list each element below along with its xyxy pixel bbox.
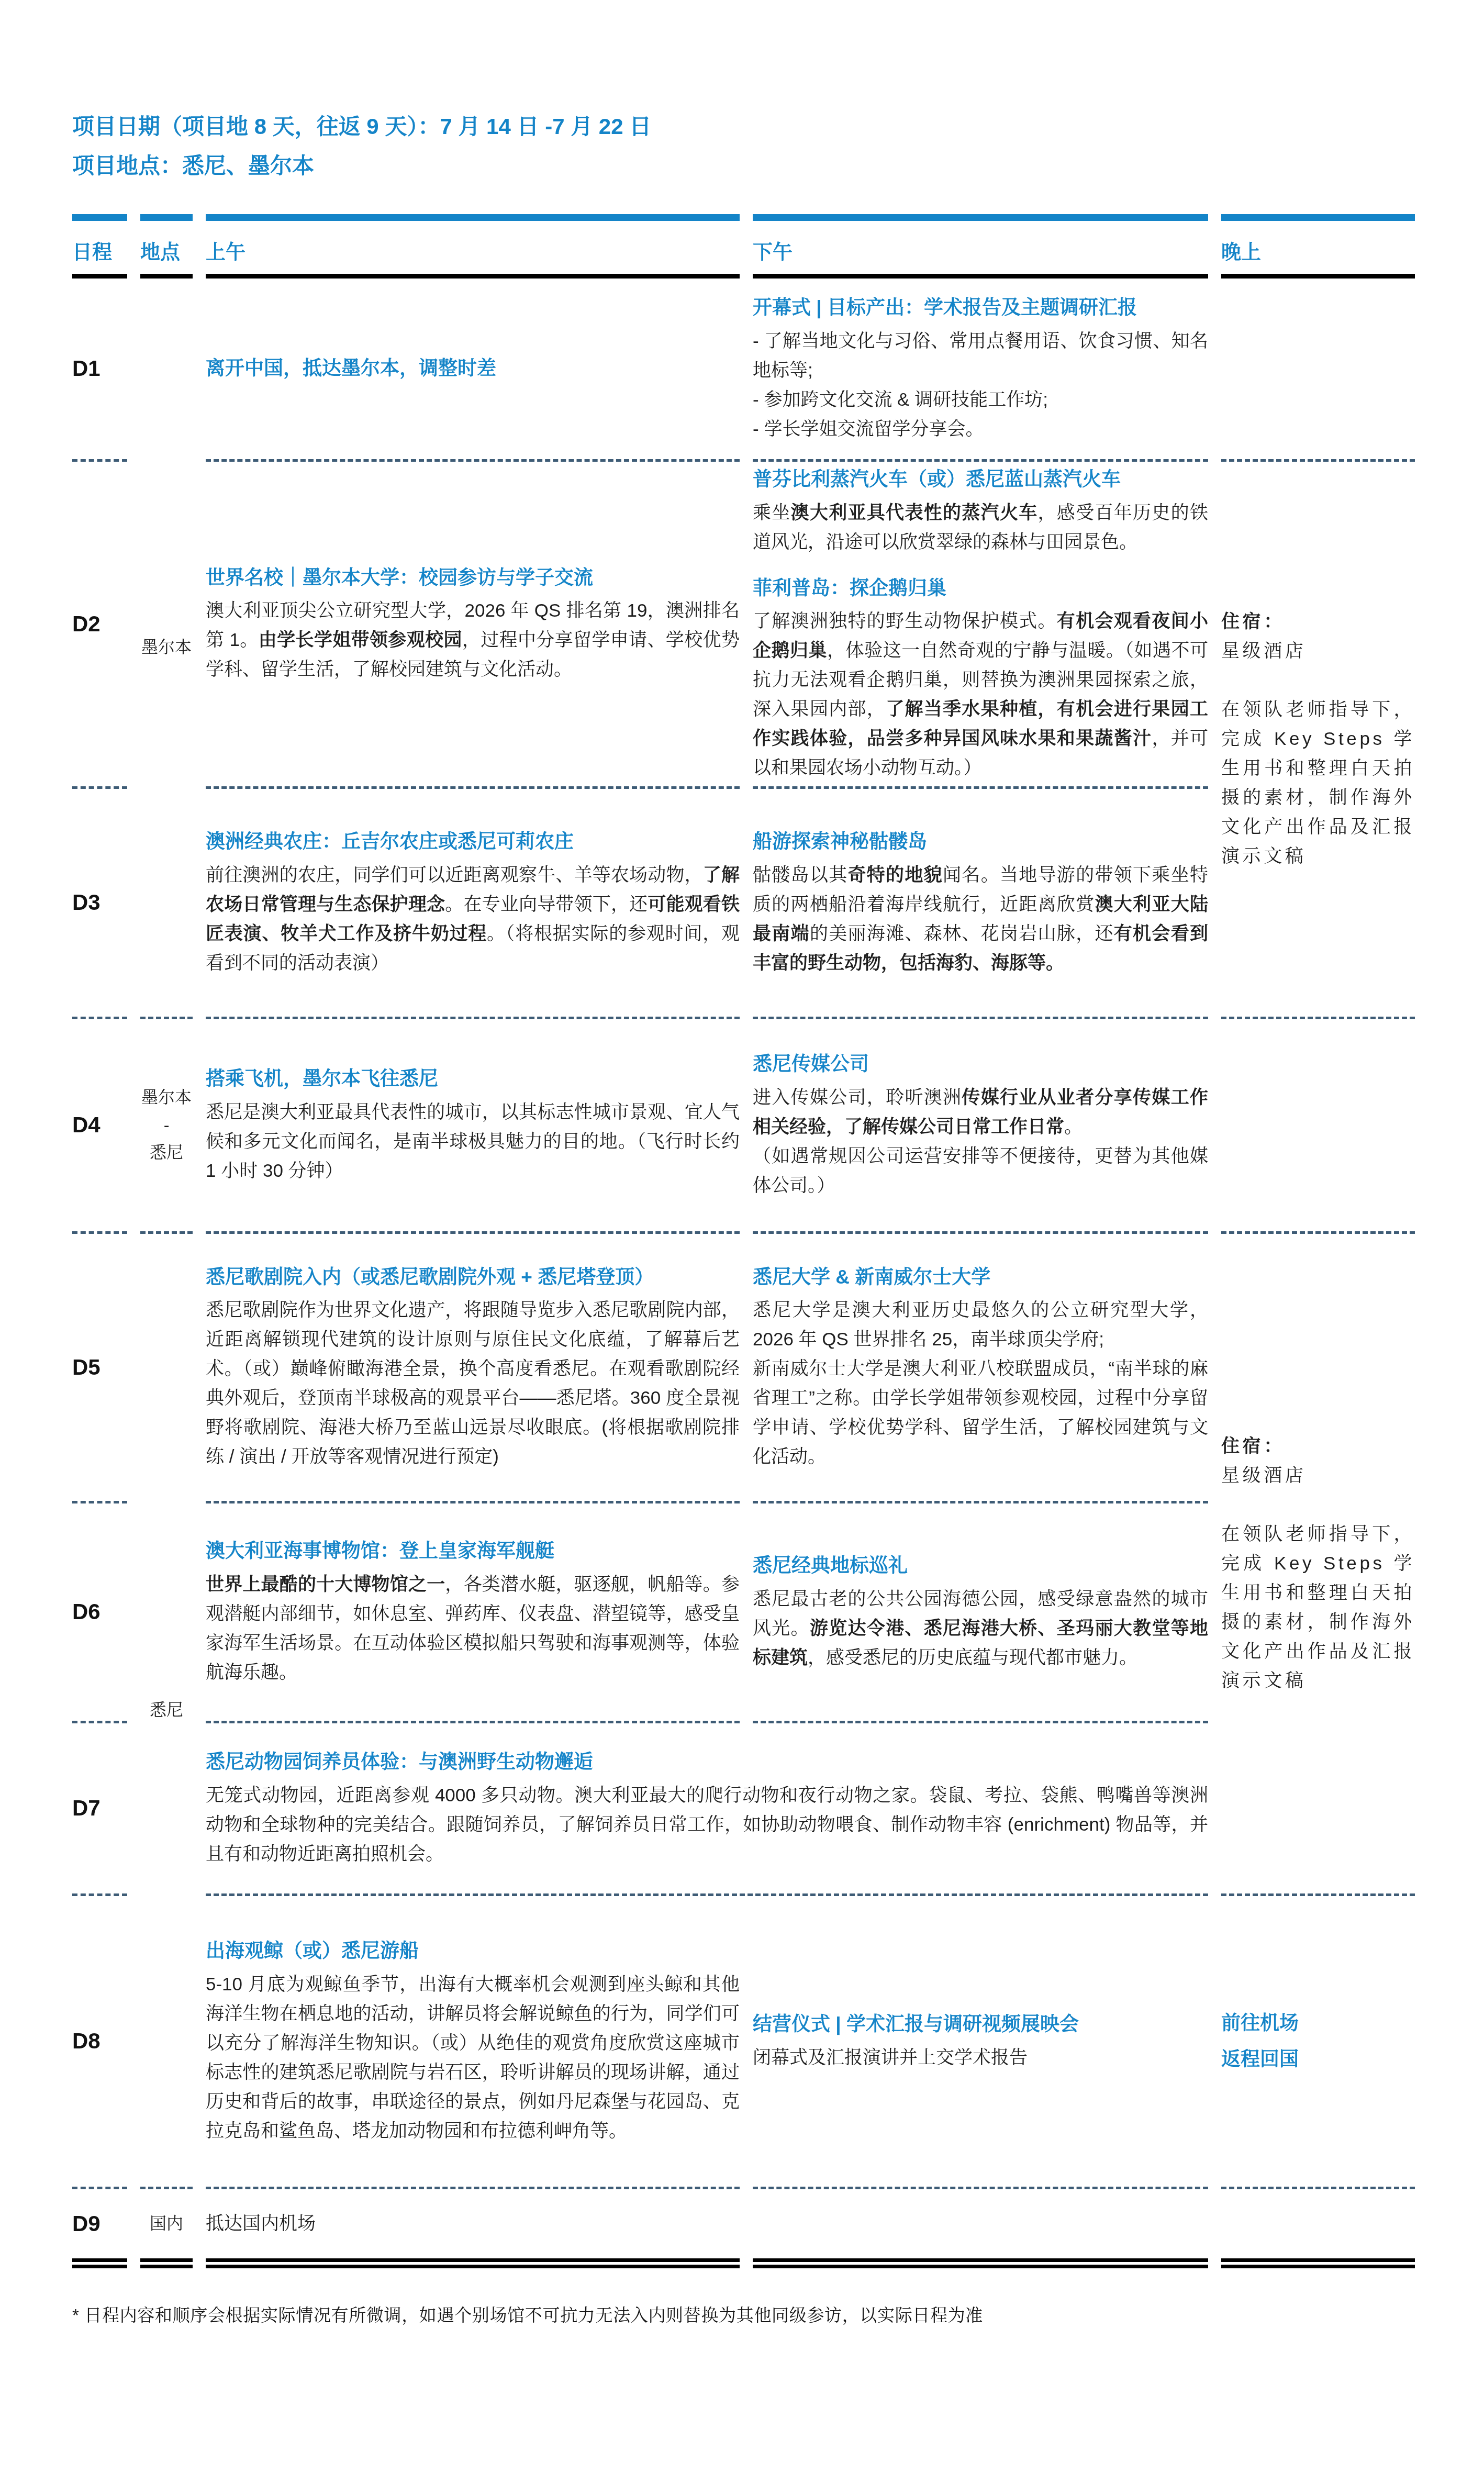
location-line: 墨尔本: [141, 1084, 192, 1111]
activity-text: 进入传媒公司，聆听澳洲传媒行业从业者分享传媒工作相关经验，了解传媒公司日常工作日…: [753, 1083, 1208, 1142]
location-domestic: 国内: [140, 2189, 193, 2258]
activity-text: 住宿：: [1221, 1432, 1415, 1461]
location-melbourne-sydney: 墨尔本 - 悉尼: [140, 1019, 193, 1234]
top-bar-segment: [753, 214, 1208, 221]
d2-afternoon: 普芬比利蒸汽火车（或）悉尼蓝山蒸汽火车乘坐澳大利亚具代表性的蒸汽火车，感受百年历…: [753, 462, 1208, 789]
activity-text: 乘坐澳大利亚具代表性的蒸汽火车，感受百年历史的铁道风光，沿途可以欣赏翠绿的森林与…: [753, 498, 1208, 557]
d5-morning: 悉尼歌剧院入内（或悉尼歌剧院外观 + 悉尼塔登顶）悉尼歌剧院作为世界文化遗产，将…: [206, 1234, 740, 1503]
day-label-d5: D5: [72, 1234, 127, 1503]
d4-morning: 搭乘飞机，墨尔本飞往悉尼悉尼是澳大利亚最具代表性的城市，以其标志性城市景观、宜人…: [206, 1019, 740, 1234]
table-bottom-rule: [72, 2258, 1415, 2268]
doc-header: 项目日期（项目地 8 天，往返 9 天）：7 月 14 日 -7 月 22 日 …: [72, 0, 1415, 186]
bottom-rule-segment: [72, 2258, 127, 2268]
day-label-d1: D1: [72, 279, 127, 462]
d3-afternoon: 船游探索神秘骷髅岛骷髅岛以其奇特的地貌闻名。当地导游的带领下乘坐特质的两栖船沿着…: [753, 789, 1208, 1019]
activity-text: 无笼式动物园，近距离参观 4000 多只动物。澳大利亚最大的爬行动物和夜行动物之…: [206, 1781, 1208, 1869]
column-header-morning: 上午: [206, 221, 740, 279]
column-header-evening: 晚上: [1221, 221, 1415, 279]
d6-afternoon: 悉尼经典地标巡礼悉尼最古老的公共公园海德公园，感受绿意盎然的城市风光。游览达令港…: [753, 1503, 1208, 1723]
bottom-rule-segment: [140, 2258, 193, 2268]
location-line: 悉尼: [150, 1139, 183, 1166]
d9-morning: 抵达国内机场: [206, 2189, 740, 2258]
activity-title: 世界名校｜墨尔本大学：校园参访与学子交流: [206, 563, 740, 593]
activity-title: 搭乘飞机，墨尔本飞往悉尼: [206, 1064, 740, 1094]
day-label-d7: D7: [72, 1723, 127, 1896]
column-header-afternoon: 下午: [753, 221, 1208, 279]
top-bar-segment: [72, 214, 127, 221]
activity-text: 在领队老师指导下，完成 Key Steps 学生用书和整理白天拍摄的素材，制作海…: [1221, 695, 1415, 871]
activity-title: 结营仪式 | 学术汇报与调研视频展映会: [753, 2010, 1208, 2039]
activity-title: 普芬比利蒸汽火车（或）悉尼蓝山蒸汽火车: [753, 465, 1208, 494]
bottom-rule-segment: [1221, 2258, 1415, 2268]
activity-title: 离开中国，抵达墨尔本，调整时差: [206, 354, 740, 383]
page-content: 项目日期（项目地 8 天，往返 9 天）：7 月 14 日 -7 月 22 日 …: [72, 0, 1415, 2326]
project-dates: 项目日期（项目地 8 天，往返 9 天）：7 月 14 日 -7 月 22 日: [72, 107, 1415, 147]
activity-text: 星级酒店: [1221, 637, 1415, 666]
itinerary-page: 项目日期（项目地 8 天，往返 9 天）：7 月 14 日 -7 月 22 日 …: [0, 0, 1484, 2473]
d8-morning: 出海观鲸（或）悉尼游船5-10 月底为观鲸鱼季节，出海有大概率机会观测到座头鲸和…: [206, 1896, 740, 2189]
activity-title: 前往机场: [1221, 2009, 1415, 2038]
activity-text: （如遇常规因公司运营安排等不便接待，更替为其他媒体公司。）: [753, 1142, 1208, 1200]
bottom-rule-segment: [753, 2258, 1208, 2268]
activity-title: 返程回国: [1221, 2045, 1415, 2074]
activity-text: 住宿：: [1221, 607, 1415, 637]
activity-text: 骷髅岛以其奇特的地貌闻名。当地导游的带领下乘坐特质的两栖船沿着海岸线航行，近距离…: [753, 861, 1208, 978]
activity-text: - 参加跨文化交流 & 调研技能工作坊;: [753, 385, 1208, 415]
activity-text: 悉尼最古老的公共公园海德公园，感受绿意盎然的城市风光。游览达令港、悉尼海港大桥、…: [753, 1585, 1208, 1673]
location-line: -: [164, 1111, 170, 1139]
top-bar-segment: [206, 214, 740, 221]
column-header-location: 地点: [140, 221, 193, 279]
activity-text: - 了解当地文化与习俗、常用点餐用语、饮食习惯、知名地标等;: [753, 327, 1208, 385]
activity-title: 菲利普岛：探企鹅归巢: [753, 574, 1208, 603]
footnote: * 日程内容和顺序会根据实际情况有所微调，如遇个别场馆不可抗力无法入内则替换为其…: [72, 2302, 1415, 2326]
activity-text: 在领队老师指导下，完成 Key Steps 学生用书和整理白天拍摄的素材，制作海…: [1221, 1520, 1415, 1696]
activity-title: 开幕式 | 目标产出：学术报告及主题调研汇报: [753, 293, 1208, 322]
table-column-headers: 日程 地点 上午 下午 晚上: [72, 221, 1415, 279]
d2-morning: 世界名校｜墨尔本大学：校园参访与学子交流澳大利亚顶尖公立研究型大学，2026 年…: [206, 462, 740, 789]
activity-title: 澳大利亚海事博物馆：登上皇家海军舰艇: [206, 1536, 740, 1566]
activity-title: 悉尼动物园饲养员体验：与澳洲野生动物邂逅: [206, 1747, 1208, 1777]
day-label-d3: D3: [72, 789, 127, 1019]
activity-title: 澳洲经典农庄：丘吉尔农庄或悉尼可莉农庄: [206, 827, 740, 856]
activity-text: 抵达国内机场: [206, 2209, 740, 2238]
day-label-d6: D6: [72, 1503, 127, 1723]
d6-morning: 澳大利亚海事博物馆：登上皇家海军舰艇世界上最酷的十大博物馆之一，各类潜水艇，驱逐…: [206, 1503, 740, 1723]
activity-title: 悉尼经典地标巡礼: [753, 1551, 1208, 1580]
d4-evening-empty: [1221, 1019, 1415, 1234]
bottom-rule-segment: [206, 2258, 740, 2268]
d8-evening: 前往机场返程回国: [1221, 1896, 1415, 2189]
activity-text: 了解澳洲独特的野生动物保护模式。有机会观看夜间小企鹅归巢，体验这一自然奇观的宁静…: [753, 607, 1208, 783]
table-top-bar: [72, 214, 1415, 221]
activity-text: 世界上最酷的十大博物馆之一，各类潜水艇，驱逐舰，帆船等。参观潜艇内部细节，如休息…: [206, 1570, 740, 1687]
d3-morning: 澳洲经典农庄：丘吉尔农庄或悉尼可莉农庄前往澳洲的农庄，同学们可以近距离观察牛、羊…: [206, 789, 740, 1019]
activity-text: 悉尼歌剧院作为世界文化遗产，将跟随导览步入悉尼歌剧院内部，近距离解锁现代建筑的设…: [206, 1296, 740, 1472]
activity-text: 5-10 月底为观鲸鱼季节，出海有大概率机会观测到座头鲸和其他海洋生物在栖息地的…: [206, 1970, 740, 2146]
activity-title: 悉尼歌剧院入内（或悉尼歌剧院外观 + 悉尼塔登顶）: [206, 1263, 740, 1292]
activity-text: 前往澳洲的农庄，同学们可以近距离观察牛、羊等农场动物，了解农场日常管理与生态保护…: [206, 861, 740, 978]
activity-text: 闭幕式及汇报演讲并上交学术报告: [753, 2043, 1208, 2073]
schedule-table: D1 D2 D3 D4 D5 D6 D7 D8 D9 墨尔本 墨尔本 - 悉尼 …: [72, 279, 1415, 2258]
location-melbourne: 墨尔本: [140, 279, 193, 1019]
activity-text: - 学长学姐交流留学分享会。: [753, 415, 1208, 444]
d8-afternoon: 结营仪式 | 学术汇报与调研视频展映会闭幕式及汇报演讲并上交学术报告: [753, 1896, 1208, 2189]
location-sydney: 悉尼: [140, 1234, 193, 2189]
activity-title: 出海观鲸（或）悉尼游船: [206, 1936, 740, 1966]
d1-morning: 离开中国，抵达墨尔本，调整时差: [206, 279, 740, 462]
d1-afternoon: 开幕式 | 目标产出：学术报告及主题调研汇报- 了解当地文化与习俗、常用点餐用语…: [753, 279, 1208, 462]
activity-title: 船游探索神秘骷髅岛: [753, 827, 1208, 856]
d5-afternoon: 悉尼大学 & 新南威尔士大学悉尼大学是澳大利亚历史最悠久的公立研究型大学，202…: [753, 1234, 1208, 1503]
column-header-day: 日程: [72, 221, 127, 279]
activity-title: 悉尼大学 & 新南威尔士大学: [753, 1263, 1208, 1292]
d1-evening-empty: [1221, 279, 1415, 462]
activity-text: 悉尼是澳大利亚最具代表性的城市，以其标志性城市景观、宜人气候和多元文化而闻名，是…: [206, 1098, 740, 1186]
day-label-d4: D4: [72, 1019, 127, 1234]
day-label-d2: D2: [72, 462, 127, 789]
d5-d7-evening: 住宿：星级酒店在领队老师指导下，完成 Key Steps 学生用书和整理白天拍摄…: [1221, 1234, 1415, 1896]
project-locations: 项目地点：悉尼、墨尔本: [72, 147, 1415, 186]
d4-afternoon: 悉尼传媒公司进入传媒公司，聆听澳洲传媒行业从业者分享传媒工作相关经验，了解传媒公…: [753, 1019, 1208, 1234]
top-bar-segment: [1221, 214, 1415, 221]
activity-title: 悉尼传媒公司: [753, 1050, 1208, 1079]
d7-morning-afternoon: 悉尼动物园饲养员体验：与澳洲野生动物邂逅无笼式动物园，近距离参观 4000 多只…: [206, 1723, 1208, 1896]
day-label-d8: D8: [72, 1896, 127, 2189]
activity-text: 悉尼大学是澳大利亚历史最悠久的公立研究型大学，2026 年 QS 世界排名 25…: [753, 1296, 1208, 1354]
activity-text: 澳大利亚顶尖公立研究型大学，2026 年 QS 排名第 19，澳洲排名第 1。由…: [206, 596, 740, 684]
top-bar-segment: [140, 214, 193, 221]
activity-text: 星级酒店: [1221, 1461, 1415, 1490]
day-label-d9: D9: [72, 2189, 127, 2258]
d2-d3-evening: 住宿：星级酒店在领队老师指导下，完成 Key Steps 学生用书和整理白天拍摄…: [1221, 462, 1415, 1019]
activity-text: 新南威尔士大学是澳大利亚八校联盟成员，“南半球的麻省理工”之称。由学长学姐带领参…: [753, 1354, 1208, 1472]
